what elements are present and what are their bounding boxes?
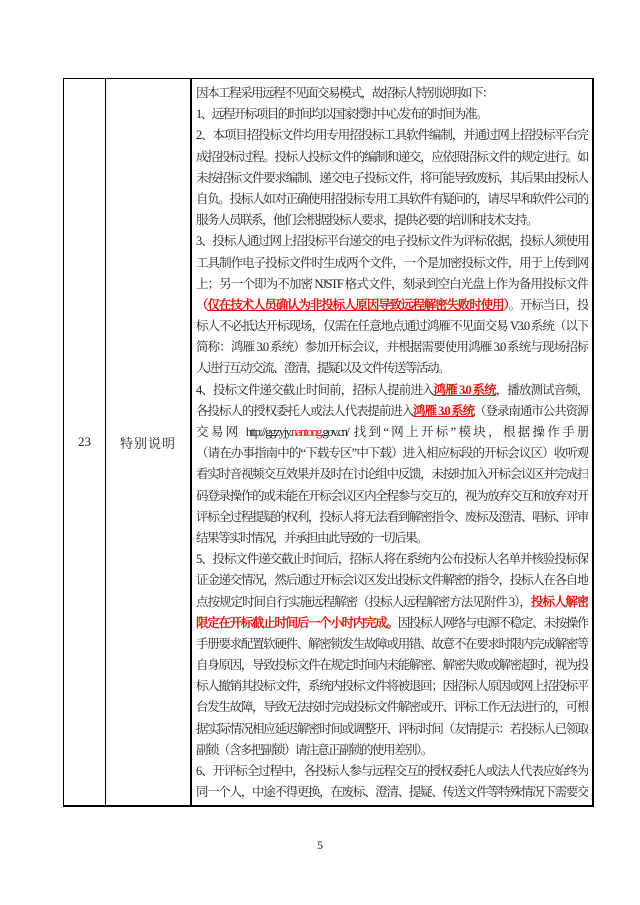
text-line: 成招投标过程。投标人投标文件的编制和递交，应依照招标文件的规定进行。如: [196, 147, 588, 168]
text-line: 人进行互动交流、澄清、提疑以及文件传送等活动。: [196, 358, 588, 379]
text-segment: 据实际情况相应延迟解密时间或调整开、评标时间（友情提示：若投标人已领取: [196, 722, 588, 736]
red-highlight-segment: （: [196, 298, 207, 312]
text-segment: 副锁（含多把副锁）请注意正副锁的使用差别）。: [196, 743, 432, 757]
text-line: 标人撤销其投标文件，系统内投标文件将被退回；因招标人原因或网上招投标平: [196, 676, 588, 697]
text-segment: 结果等实时情况，并承担由此导致的一切后果。: [196, 531, 427, 545]
text-segment: 4、投标文件递交截止时间前，招标人提前进入: [196, 383, 434, 397]
text-line: 证金递交情况，然后通过开标会议区发出投标文件解密的指令，投标人在各自地: [196, 570, 588, 591]
text-segment: ，播放测试音频，: [496, 383, 588, 397]
text-line: 据实际情况相应延迟解密时间或调整开、评标时间（友情提示：若投标人已领取: [196, 719, 588, 740]
text-segment: 6、开评标全过程中，各投标人参与远程交互的授权委托人或法人代表应始终为: [196, 764, 588, 778]
text-segment: 5、投标文件递交截止时间后，招标人将在系统内公布投标人名单并核验投标保: [196, 552, 588, 566]
text-segment: 手册要求配置软硬件、解密锁发生故障或用错、故意不在要求时限内完成解密等: [196, 637, 588, 651]
red-highlight-segment: 投标人解密: [531, 595, 588, 609]
text-line: 6、开评标全过程中，各投标人参与远程交互的授权委托人或法人代表应始终为: [196, 761, 588, 782]
text-line: 标人不必抵达开标现场，仅需在任意地点通过鸿雁不见面交易 V3.0 系统（以下: [196, 316, 588, 337]
text-segment: .gov.cn/ 找到“网上开标”模块，根据操作手册: [321, 425, 588, 439]
text-line: 副锁（含多把副锁）请注意正副锁的使用差别）。: [196, 740, 588, 761]
row-label: 特别说明: [120, 433, 176, 452]
special-notes-table: 23 特别说明 因本工程采用远程不见面交易模式，故招标人特别说明如下：1、远程开…: [63, 78, 594, 807]
text-line: 限定在开标截止时间后一个小时内完成。因投标人网络与电源不稳定、未按操作: [196, 613, 588, 634]
text-segment: 因投标人网络与电源不稳定、未按操作: [398, 616, 588, 630]
text-segment: 评标全过程提疑的权利，投标人将无法看到解密指令、废标及澄清、唱标、评审: [196, 510, 588, 524]
text-segment: 人进行互动交流、澄清、提疑以及文件传送等活动。: [196, 361, 449, 375]
text-line: 码登录操作的或未能在开标会议区内全程参与交互的，视为放弃交互和放弃对开: [196, 486, 588, 507]
row-label-cell: 特别说明: [106, 79, 192, 805]
text-line: 未按招标文件要求编制、递交电子投标文件，将可能导致废标，其后果由投标人: [196, 168, 588, 189]
red-highlight-segment: nantong: [291, 425, 321, 439]
text-segment: 看实时音视频交互效果并及时在讨论组中反馈，未按时加入开标会议区并完成扫: [196, 467, 588, 481]
text-line: 服务人员联系，他们会根据投标人要求，提供必要的培训和技术支持。: [196, 210, 588, 231]
red-highlight-segment: 仅在技术人员确认为非投标人原因导致远程解密失败时使用: [207, 298, 503, 312]
text-segment: 因本工程采用远程不见面交易模式，故招标人特别说明如下：: [196, 86, 493, 100]
text-segment: 标人撤销其投标文件，系统内投标文件将被退回；因招标人原因或网上招投标平: [196, 679, 588, 693]
text-line: 手册要求配置软硬件、解密锁发生故障或用错、故意不在要求时限内完成解密等: [196, 634, 588, 655]
text-segment: 上；另一个即为不加密 NJSTF 格式文件，刻录到空白光盘上作为备用投标文件: [196, 277, 588, 291]
text-segment: （登录南通市公共资源: [474, 404, 588, 418]
text-line: （请在办事指南中的“下载专区”中下载）进入相应标段的开标会议区）收听观: [196, 443, 588, 464]
text-segment: 自负。投标人如对正确使用招投标专用工具软件有疑问的，请尽早和软件公司的: [196, 192, 588, 206]
text-segment: 各投标人的授权委托人或法人代表提前进入: [196, 404, 413, 418]
text-line: 同一个人，中途不得更换，在废标、澄清、提疑、传送文件等特殊情况下需要交: [196, 782, 588, 803]
text-line: 点按规定时间自行实施远程解密（投标人远程解密方法见附件 3），投标人解密: [196, 592, 588, 613]
text-line: 4、投标文件递交截止时间前，招标人提前进入鸿雁 3.0 系统，播放测试音频，: [196, 380, 588, 401]
text-line: 5、投标文件递交截止时间后，招标人将在系统内公布投标人名单并核验投标保: [196, 549, 588, 570]
text-line: 自身原因，导致投标文件在规定时间内未能解密、解密失败或解密超时，视为投: [196, 655, 588, 676]
text-line: 结果等实时情况，并承担由此导致的一切后果。: [196, 528, 588, 549]
text-line: 评标全过程提疑的权利，投标人将无法看到解密指令、废标及澄清、唱标、评审: [196, 507, 588, 528]
red-highlight-segment: 鸿雁 3.0 系统: [434, 383, 496, 397]
text-line: 因本工程采用远程不见面交易模式，故招标人特别说明如下：: [196, 83, 588, 104]
text-segment: 标人不必抵达开标现场，仅需在任意地点通过鸿雁不见面交易 V3.0 系统（以下: [196, 319, 588, 333]
text-segment: 台发生故障，导致无法按时完成投标文件解密或开、评标工作无法进行的，可根: [196, 700, 588, 714]
text-line: 上；另一个即为不加密 NJSTF 格式文件，刻录到空白光盘上作为备用投标文件: [196, 274, 588, 295]
text-line: （仅在技术人员确认为非投标人原因导致远程解密失败时使用）。开标当日，投: [196, 295, 588, 316]
text-line: 各投标人的授权委托人或法人代表提前进入鸿雁 3.0 系统（登录南通市公共资源: [196, 401, 588, 422]
text-segment: 码登录操作的或未能在开标会议区内全程参与交互的，视为放弃交互和放弃对开: [196, 489, 588, 503]
page-number: 5: [0, 838, 640, 853]
text-segment: 点按规定时间自行实施远程解密（投标人远程解密方法见附件 3），: [196, 595, 531, 609]
text-line: 工具制作电子投标文件时生成两个文件，一个是加密投标文件，用于上传到网: [196, 253, 588, 274]
text-segment: 同一个人，中途不得更换，在废标、澄清、提疑、传送文件等特殊情况下需要交: [196, 785, 588, 799]
document-page: 23 特别说明 因本工程采用远程不见面交易模式，故招标人特别说明如下：1、远程开…: [0, 0, 640, 905]
text-line: 自负。投标人如对正确使用招投标专用工具软件有疑问的，请尽早和软件公司的: [196, 189, 588, 210]
text-segment: 工具制作电子投标文件时生成两个文件，一个是加密投标文件，用于上传到网: [196, 256, 588, 270]
text-segment: 成招投标过程。投标人投标文件的编制和递交，应依照招标文件的规定进行。如: [196, 150, 588, 164]
row-number-cell: 23: [64, 79, 106, 805]
text-line: 台发生故障，导致无法按时完成投标文件解密或开、评标工作无法进行的，可根: [196, 697, 588, 718]
red-highlight-segment: 鸿雁 3.0 系统: [413, 404, 474, 418]
text-segment: 未按招标文件要求编制、递交电子投标文件，将可能导致废标，其后果由投标人: [196, 171, 588, 185]
text-segment: 1、远程开标项目的时间均以国家授时中心发布的时间为准。: [196, 107, 487, 121]
text-segment: 简称：鸿雁 3.0 系统）参加开标会议，并根据需要使用鸿雁 3.0 系统与现场招…: [196, 340, 588, 354]
text-line: 看实时音视频交互效果并及时在讨论组中反馈，未按时加入开标会议区并完成扫: [196, 464, 588, 485]
text-line: 1、远程开标项目的时间均以国家授时中心发布的时间为准。: [196, 104, 588, 125]
text-segment: 。开标当日，投: [509, 298, 588, 312]
special-notes-text: 因本工程采用远程不见面交易模式，故招标人特别说明如下：1、远程开标项目的时间均以…: [192, 79, 592, 805]
text-line: 交易网 http://ggzyjy.nantong.gov.cn/ 找到“网上开…: [196, 422, 588, 443]
text-segment: （请在办事指南中的“下载专区”中下载）进入相应标段的开标会议区）收听观: [196, 446, 588, 460]
text-segment: 自身原因，导致投标文件在规定时间内未能解密、解密失败或解密超时，视为投: [196, 658, 588, 672]
text-line: 2、本项目招投标文件均用专用招投标工具软件编制，并通过网上招投标平台完: [196, 125, 588, 146]
row-number: 23: [78, 434, 91, 450]
text-segment: 2、本项目招投标文件均用专用招投标工具软件编制，并通过网上招投标平台完: [196, 128, 588, 142]
text-segment: 交易网 http://ggzyjy.: [196, 425, 291, 439]
text-line: 简称：鸿雁 3.0 系统）参加开标会议，并根据需要使用鸿雁 3.0 系统与现场招…: [196, 337, 588, 358]
text-segment: 服务人员联系，他们会根据投标人要求，提供必要的培训和技术支持。: [196, 213, 537, 227]
text-segment: 证金递交情况，然后通过开标会议区发出投标文件解密的指令，投标人在各自地: [196, 573, 588, 587]
red-highlight-segment: 限定在开标截止时间后一个小时内完成。: [196, 616, 398, 630]
text-segment: 3、投标人通过网上招投标平台递交的电子投标文件为评标依据，投标人须使用: [196, 234, 588, 248]
text-line: 3、投标人通过网上招投标平台递交的电子投标文件为评标依据，投标人须使用: [196, 231, 588, 252]
